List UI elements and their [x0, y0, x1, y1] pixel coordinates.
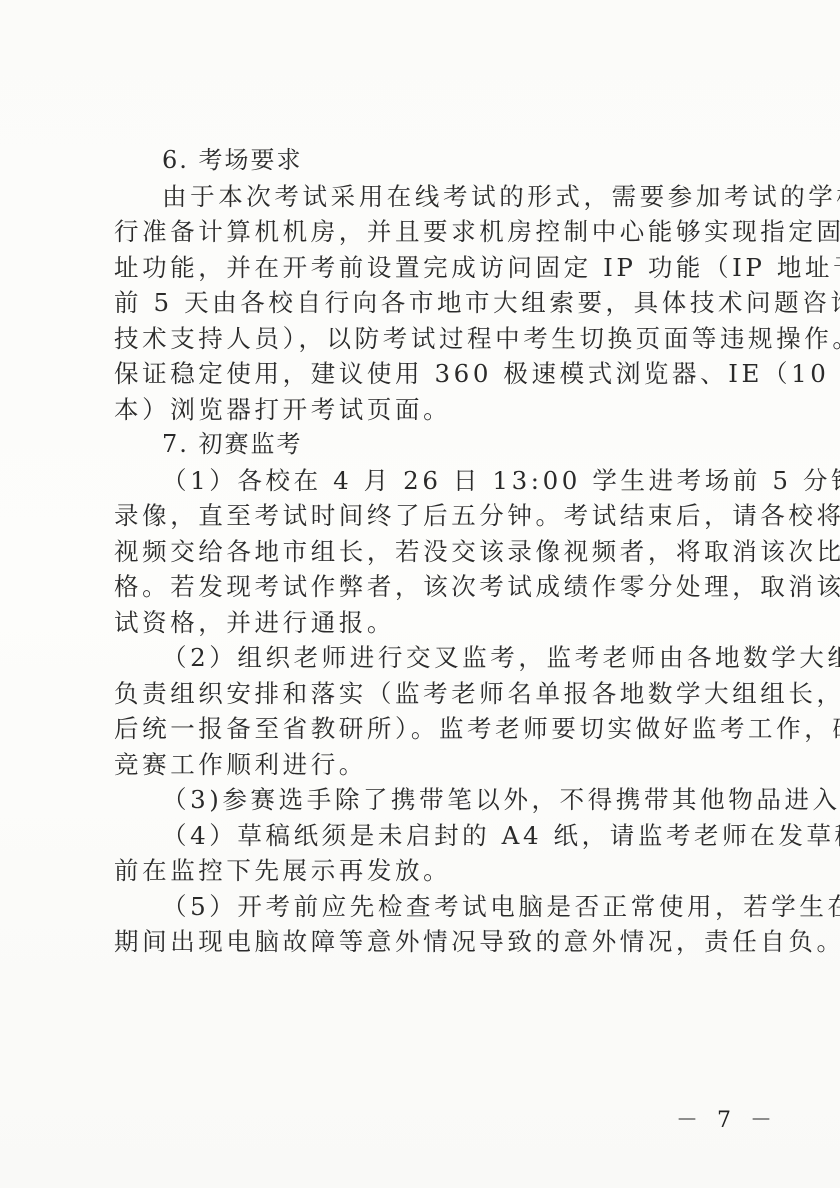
text-line: （5）开考前应先检查考试电脑是否正常使用，若学生在考试: [114, 889, 734, 925]
text-line: 竞赛工作顺利进行。: [114, 747, 734, 783]
section-heading-preliminary-invigilation: 7. 初赛监考: [114, 427, 734, 463]
text-line: 前在监控下先展示再发放。: [114, 853, 734, 889]
text-line: 格。若发现考试作弊者，该次考试成绩作零分处理，取消该次考: [114, 569, 734, 605]
text-line: 后统一报备至省教研所）。监考老师要切实做好监考工作，确保: [114, 711, 734, 747]
text-line: 本）浏览器打开考试页面。: [114, 392, 734, 428]
paragraph-exam-room: 由于本次考试采用在线考试的形式，需要参加考试的学校自 行准备计算机机房，并且要求…: [114, 179, 734, 428]
text-line: 试资格，并进行通报。: [114, 605, 734, 641]
text-line: 保证稳定使用，建议使用 360 极速模式浏览器、IE（10 以上版: [114, 356, 734, 392]
text-line: 期间出现电脑故障等意外情况导致的意外情况，责任自负。: [114, 924, 734, 960]
text-line: （1）各校在 4 月 26 日 13:00 学生进考场前 5 分钟时就必须: [114, 463, 734, 499]
text-line: 址功能，并在开考前设置完成访问固定 IP 功能（IP 地址于开考: [114, 250, 734, 286]
text-line: 前 5 天由各校自行向各市地市大组索要，具体技术问题咨询软件: [114, 285, 734, 321]
text-line: 录像，直至考试时间终了后五分钟。考试结束后，请各校将录像: [114, 498, 734, 534]
text-line: 行准备计算机机房，并且要求机房控制中心能够实现指定固定网: [114, 214, 734, 250]
paragraph-item-3: （3)参赛选手除了携带笔以外，不得携带其他物品进入考场。: [114, 782, 734, 818]
paragraph-item-5: （5）开考前应先检查考试电脑是否正常使用，若学生在考试 期间出现电脑故障等意外情…: [114, 889, 734, 960]
page-number: － 7 －: [676, 1103, 778, 1134]
text-line: （3)参赛选手除了携带笔以外，不得携带其他物品进入考场。: [114, 782, 734, 818]
paragraph-item-4: （4）草稿纸须是未启封的 A4 纸，请监考老师在发草稿纸之 前在监控下先展示再发…: [114, 818, 734, 889]
section-heading-exam-room-requirements: 6. 考场要求: [114, 143, 734, 179]
paragraph-item-2: （2）组织老师进行交叉监考，监考老师由各地数学大组组长 负责组织安排和落实（监考…: [114, 640, 734, 782]
text-line: 技术支持人员），以防考试过程中考生切换页面等违规操作。为: [114, 321, 734, 357]
document-page: 6. 考场要求 由于本次考试采用在线考试的形式，需要参加考试的学校自 行准备计算…: [0, 0, 840, 1188]
text-line: （2）组织老师进行交叉监考，监考老师由各地数学大组组长: [114, 640, 734, 676]
text-line: 负责组织安排和落实（监考老师名单报各地数学大组组长，汇总: [114, 676, 734, 712]
text-line: 由于本次考试采用在线考试的形式，需要参加考试的学校自: [114, 179, 734, 215]
document-body: 6. 考场要求 由于本次考试采用在线考试的形式，需要参加考试的学校自 行准备计算…: [114, 143, 734, 960]
text-line: （4）草稿纸须是未启封的 A4 纸，请监考老师在发草稿纸之: [114, 818, 734, 854]
paragraph-item-1: （1）各校在 4 月 26 日 13:00 学生进考场前 5 分钟时就必须 录像…: [114, 463, 734, 641]
text-line: 视频交给各地市组长，若没交该录像视频者，将取消该次比赛资: [114, 534, 734, 570]
